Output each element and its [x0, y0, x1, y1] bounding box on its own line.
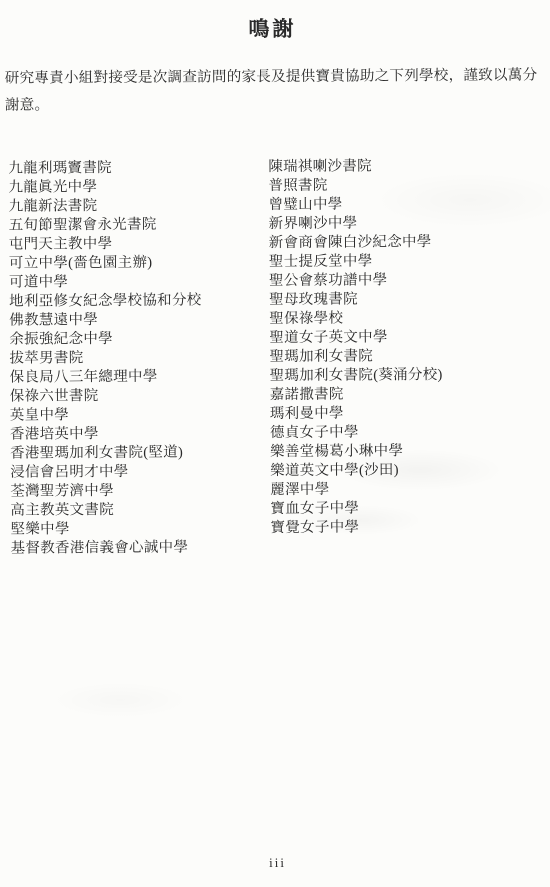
school-name: 基督教香港信義會心誠中學 — [11, 538, 271, 559]
school-name: 新界喇沙中學 — [269, 213, 549, 234]
school-name: 九龍眞光中學 — [8, 177, 268, 198]
school-name: 聖母玫瑰書院 — [269, 289, 549, 310]
school-name: 聖道女子英文中學 — [269, 327, 549, 348]
school-columns: 九龍利瑪竇書院九龍眞光中學九龍新法書院五旬節聖潔會永光書院屯門天主教中學可立中學… — [8, 156, 550, 558]
school-name: 寶血女子中學 — [270, 498, 550, 519]
page-number: iii — [3, 853, 550, 872]
page-content: 鳴謝 研究專責小組對接受是次調查訪問的家長及提供寶貴協助之下列學校，謹致以萬分謝… — [0, 0, 550, 887]
school-name: 聖士提反堂中學 — [269, 251, 549, 272]
school-name: 陳瑞祺喇沙書院 — [268, 156, 548, 177]
school-name: 拔萃男書院 — [9, 348, 269, 369]
school-name: 瑪利曼中學 — [270, 403, 550, 424]
school-list-left: 九龍利瑪竇書院九龍眞光中學九龍新法書院五旬節聖潔會永光書院屯門天主教中學可立中學… — [8, 158, 270, 559]
school-name: 高主教英文書院 — [10, 500, 270, 521]
school-name: 英皇中學 — [10, 405, 270, 426]
school-name: 聖瑪加利女書院(葵涌分校) — [270, 365, 550, 386]
school-name: 五旬節聖潔會永光書院 — [9, 215, 269, 236]
school-name: 麗澤中學 — [270, 479, 550, 500]
school-name: 浸信會呂明才中學 — [10, 462, 270, 483]
school-name: 荃灣聖芳濟中學 — [10, 481, 270, 502]
school-name: 聖瑪加利女書院 — [269, 346, 549, 367]
document-page: 鳴謝 研究專責小組對接受是次調查訪問的家長及提供寶貴協助之下列學校，謹致以萬分謝… — [0, 0, 550, 887]
school-name: 堅樂中學 — [10, 519, 270, 540]
school-name: 嘉諾撒書院 — [270, 384, 550, 405]
school-list-right: 陳瑞祺喇沙書院普照書院曾璧山中學新界喇沙中學新會商會陳白沙紀念中學聖士提反堂中學… — [268, 156, 550, 557]
school-name: 保祿六世書院 — [10, 386, 270, 407]
intro-paragraph: 研究專責小組對接受是次調查訪問的家長及提供寶貴協助之下列學校，謹致以萬分謝意。 — [5, 62, 543, 119]
school-name: 寶覺女子中學 — [270, 517, 550, 538]
school-name: 香港聖瑪加利女書院(堅道) — [10, 443, 270, 464]
school-name: 可立中學(嗇色園主辦) — [9, 253, 269, 274]
page-title: 鳴謝 — [0, 11, 548, 44]
school-name: 聖保祿學校 — [269, 308, 549, 329]
school-name: 聖公會蔡功譜中學 — [269, 270, 549, 291]
school-name: 香港培英中學 — [10, 424, 270, 445]
school-name: 保良局八三年總理中學 — [10, 367, 270, 388]
school-name: 普照書院 — [268, 175, 548, 196]
school-name: 佛教慧遠中學 — [9, 310, 269, 331]
school-name: 新會商會陳白沙紀念中學 — [269, 232, 549, 253]
school-name: 余振強紀念中學 — [9, 329, 269, 350]
school-name: 可道中學 — [9, 272, 269, 293]
school-name: 九龍利瑪竇書院 — [8, 158, 268, 179]
school-name: 曾璧山中學 — [268, 194, 548, 215]
school-name: 九龍新法書院 — [8, 196, 268, 217]
school-name: 樂善堂楊葛小琳中學 — [270, 441, 550, 462]
school-name: 屯門天主教中學 — [9, 234, 269, 255]
school-name: 德貞女子中學 — [270, 422, 550, 443]
school-name: 樂道英文中學(沙田) — [270, 460, 550, 481]
school-name: 地利亞修女紀念學校協和分校 — [9, 291, 269, 312]
